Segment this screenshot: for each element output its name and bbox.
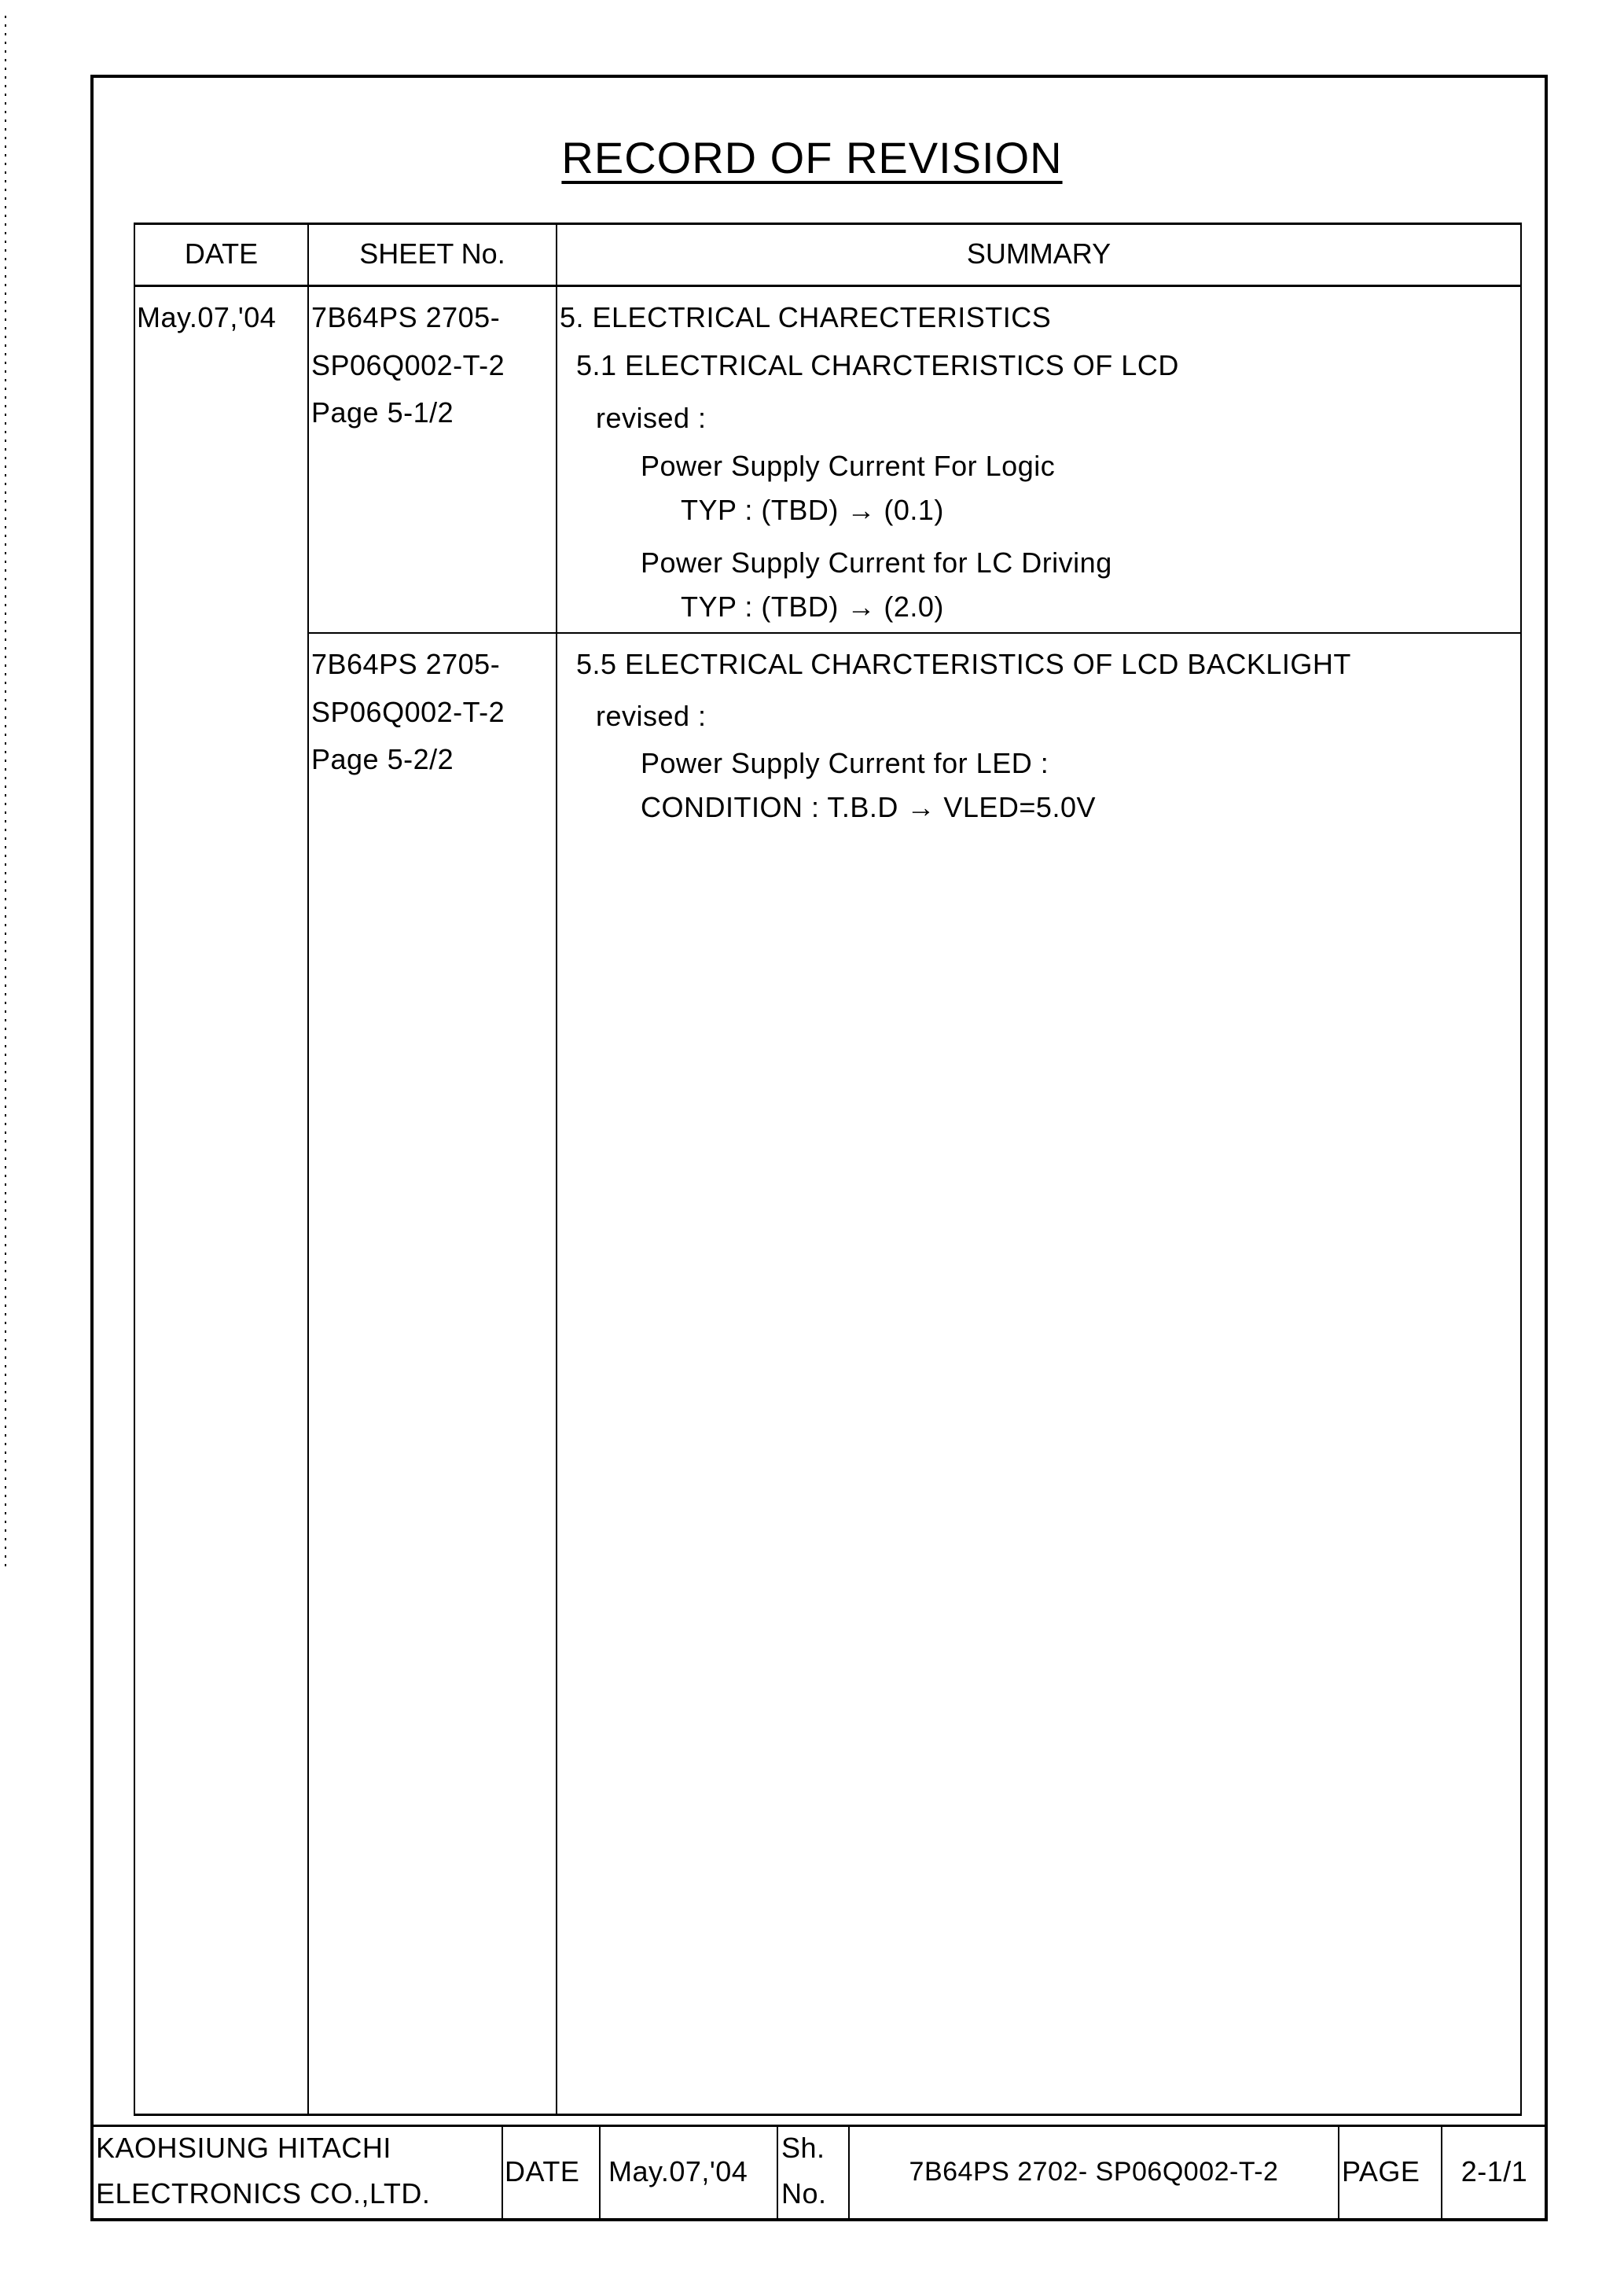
- scan-edge-artifact: [5, 16, 6, 1573]
- footer-company-name: ELECTRONICS CO.,LTD.: [96, 2178, 430, 2210]
- footer-date-label: DATE: [505, 2156, 579, 2187]
- row-date: May.07,'04: [137, 302, 276, 333]
- summary-revised-label: revised :: [596, 701, 707, 732]
- summary-item: Power Supply Current for LC Driving: [641, 547, 1112, 579]
- row-sheet-line: Page 5-2/2: [311, 744, 454, 775]
- summary-item: Power Supply Current for LED :: [641, 748, 1049, 779]
- footer-sheet-label: Sh.: [781, 2132, 825, 2164]
- summary-item-value: TYP : (TBD) → (2.0): [681, 591, 944, 623]
- column-header-summary: SUMMARY: [557, 223, 1520, 285]
- row-sheet-line: SP06Q002-T-2: [311, 350, 505, 381]
- footer-sheet-label: No.: [781, 2178, 827, 2210]
- row-sheet-line: 7B64PS 2705-: [311, 302, 500, 333]
- summary-subsection-heading: 5.1 ELECTRICAL CHARCTERISTICS OF LCD: [576, 350, 1179, 381]
- footer-sheet-number: 7B64PS 2702- SP06Q002-T-2: [850, 2156, 1338, 2187]
- page-title: RECORD OF REVISION: [0, 132, 1624, 183]
- footer-page-label: PAGE: [1342, 2156, 1420, 2187]
- summary-revised-label: revised :: [596, 403, 707, 434]
- row-sheet-line: Page 5-1/2: [311, 397, 454, 429]
- column-header-sheet: SHEET No.: [309, 223, 556, 285]
- footer-page-number: 2-1/1: [1443, 2156, 1545, 2187]
- column-header-date: DATE: [135, 223, 307, 285]
- footer-company-name: KAOHSIUNG HITACHI: [96, 2132, 391, 2164]
- summary-item: Power Supply Current For Logic: [641, 451, 1055, 482]
- page-title-text: RECORD OF REVISION: [561, 133, 1062, 182]
- row-sheet-line: 7B64PS 2705-: [311, 649, 500, 680]
- summary-item-value: TYP : (TBD) → (0.1): [681, 495, 944, 526]
- summary-subsection-heading: 5.5 ELECTRICAL CHARCTERISTICS OF LCD BAC…: [576, 649, 1351, 680]
- summary-section-heading: 5. ELECTRICAL CHARECTERISTICS: [560, 302, 1051, 333]
- footer-date-value: May.07,'04: [608, 2156, 748, 2187]
- row-sheet-line: SP06Q002-T-2: [311, 697, 505, 728]
- summary-item-value: CONDITION : T.B.D → VLED=5.0V: [641, 792, 1096, 823]
